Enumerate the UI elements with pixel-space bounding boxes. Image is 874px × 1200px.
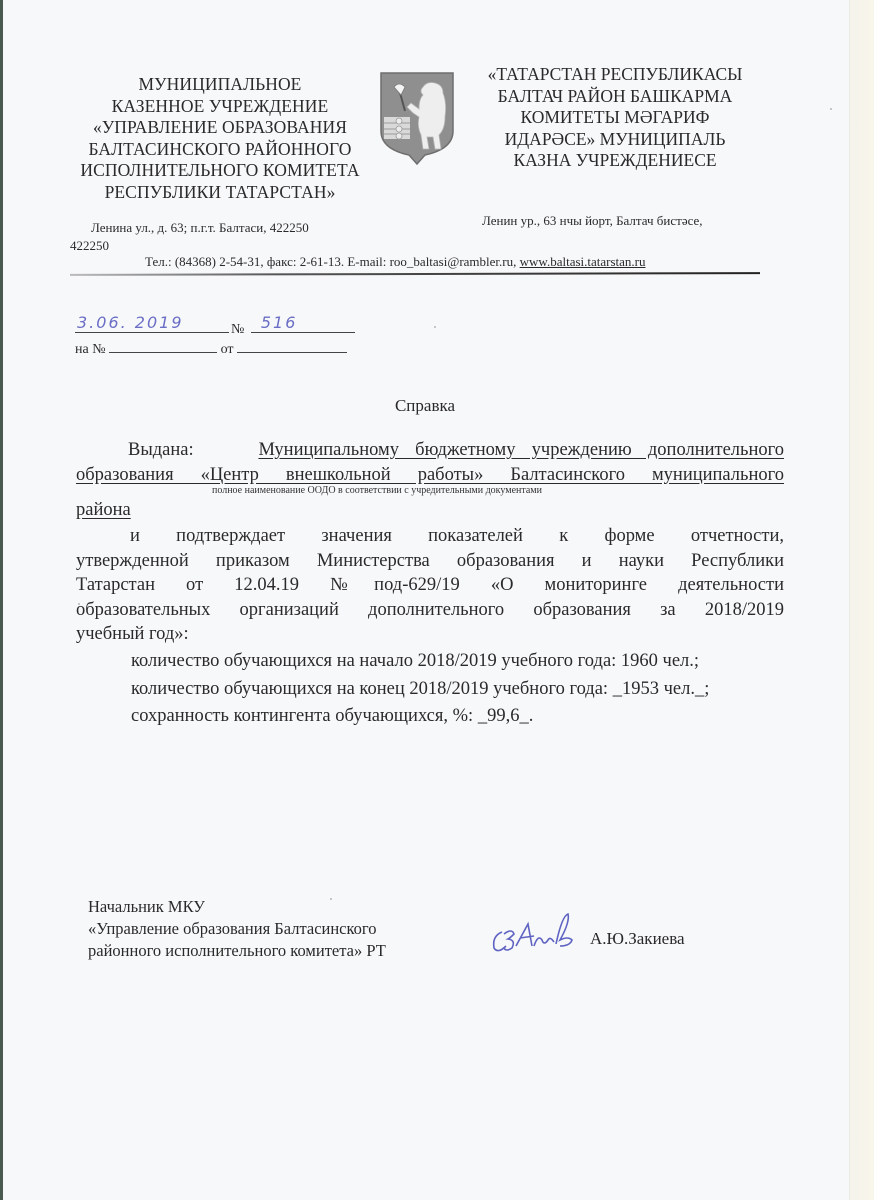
- body-line: утвержденной приказом Министерства образ…: [76, 549, 784, 574]
- letterhead-divider: [70, 272, 760, 276]
- org-line: ИСПОЛНИТЕЛЬНОГО КОМИТЕТА: [70, 160, 370, 182]
- outgoing-reference: 3.06. 2019№ 516 на № от: [75, 316, 355, 356]
- address-tt: Ленин ур., 63 нчы йорт, Балтач бистәсе,: [482, 213, 703, 229]
- scan-right-edge: [849, 0, 874, 1200]
- scan-speck: [78, 603, 80, 605]
- coat-of-arms-icon: [377, 69, 457, 165]
- recipient-line-3: района: [76, 498, 156, 523]
- body-line: Татарстан от 12.04.19 №под-629/19 «О мон…: [76, 573, 784, 598]
- recipient-text: Муниципальному бюджетному учреждению доп…: [258, 440, 784, 460]
- address-line: Ленина ул., д. 63; п.г.т. Балтаси, 42225…: [70, 219, 370, 237]
- issued-label: Выдана:: [76, 440, 194, 460]
- scan-speck: [830, 108, 832, 110]
- body-line: и подтверждает значения показателей к фо…: [76, 524, 784, 549]
- org-line: ИДАРӘСЕ» МУНИЦИПАЛЬ: [470, 129, 760, 151]
- date-field: 3.06. 2019: [75, 316, 229, 333]
- address-ru: Ленина ул., д. 63; п.г.т. Балтаси, 42225…: [70, 219, 370, 255]
- address-line: 422250: [70, 237, 370, 255]
- letterhead-org-name-ru: МУНИЦИПАЛЬНОЕ КАЗЕННОЕ УЧРЕЖДЕНИЕ «УПРАВ…: [70, 74, 370, 203]
- indicators-list: количество обучающихся на начало 2018/20…: [131, 648, 709, 731]
- body-line: образовательных организаций дополнительн…: [76, 598, 784, 623]
- org-line: БАЛТАЧ РАЙОН БАШКАРМА: [470, 86, 760, 108]
- scan-speck: [434, 326, 436, 328]
- position-line: Начальник МКУ: [88, 896, 386, 918]
- from-label: от: [221, 342, 234, 357]
- handwritten-signature-icon: [488, 910, 583, 955]
- number-handwritten: 516: [261, 313, 298, 333]
- reply-to-field: [109, 336, 217, 353]
- org-line: «ТАТАРСТАН РЕСПУБЛИКАСЫ: [470, 64, 760, 86]
- reply-to-row: на № от: [75, 336, 355, 356]
- reply-to-label: на №: [75, 342, 106, 357]
- outgoing-date-number-row: 3.06. 2019№ 516: [75, 316, 355, 336]
- indicator-end-count: количество обучающихся на конец 2018/201…: [131, 676, 709, 704]
- position-line: районного исполнительного комитета» РТ: [88, 940, 386, 962]
- recipient-note: полное наименование ООДО в соответствии …: [212, 485, 542, 496]
- indicator-retention: сохранность контингента обучающихся, %: …: [131, 703, 709, 731]
- contacts-line: Тел.: (84368) 2-54-31, факс: 2-61-13. E-…: [145, 254, 646, 270]
- number-label: №: [231, 322, 244, 337]
- org-line: РЕСПУБЛИКИ ТАТАРСТАН»: [70, 182, 370, 204]
- org-line: КАЗЕННОЕ УЧРЕЖДЕНИЕ: [70, 96, 370, 118]
- body-line: учебный год»:: [76, 622, 784, 647]
- body-paragraph: и подтверждает значения показателей к фо…: [76, 524, 784, 647]
- document-title: Справка: [0, 396, 850, 416]
- recipient-line-2: образования «Центр внешкольной работы» Б…: [76, 463, 784, 488]
- signer-name: А.Ю.Закиева: [590, 929, 685, 949]
- org-line: «УПРАВЛЕНИЕ ОБРАЗОВАНИЯ: [70, 117, 370, 139]
- scan-speck: [330, 898, 332, 900]
- contacts-text: Тел.: (84368) 2-54-31, факс: 2-61-13. E-…: [145, 254, 520, 269]
- org-line: КАЗНА УЧРЕЖДЕНИЕСЕ: [470, 150, 760, 172]
- letterhead-org-name-tt: «ТАТАРСТАН РЕСПУБЛИКАСЫ БАЛТАЧ РАЙОН БАШ…: [470, 64, 760, 172]
- date-handwritten: 3.06. 2019: [77, 313, 184, 333]
- website-link[interactable]: www.baltasi.tatarstan.ru: [520, 254, 646, 269]
- recipient-line-1: Выдана: Муниципальному бюджетному учрежд…: [76, 438, 784, 463]
- recipient-text: района: [76, 500, 131, 520]
- org-line: МУНИЦИПАЛЬНОЕ: [70, 74, 370, 96]
- position-line: «Управление образования Балтасинского: [88, 918, 386, 940]
- scan-left-edge: [0, 0, 3, 1200]
- signer-position: Начальник МКУ «Управление образования Ба…: [88, 896, 386, 962]
- org-line: КОМИТЕТЫ МӘГАРИФ: [470, 107, 760, 129]
- from-field: [237, 336, 347, 353]
- number-field: 516: [251, 316, 355, 333]
- org-line: БАЛТАСИНСКОГО РАЙОННОГО: [70, 139, 370, 161]
- indicator-start-count: количество обучающихся на начало 2018/20…: [131, 648, 709, 676]
- recipient-block: Выдана: Муниципальному бюджетному учрежд…: [76, 438, 784, 487]
